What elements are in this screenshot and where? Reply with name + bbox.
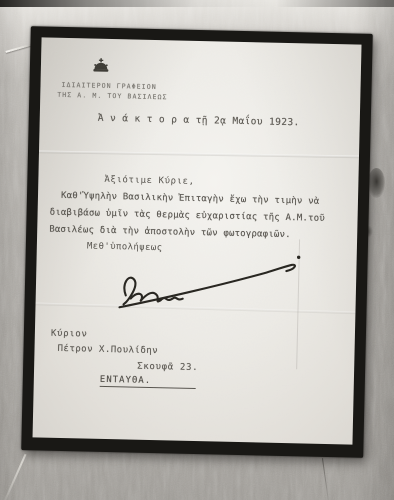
paper-crease: [39, 151, 359, 159]
recipient-name: Πέτρον Χ.Πουλίδην: [57, 344, 158, 356]
handwritten-signature: [115, 247, 311, 315]
recipient-street: Σκουφᾶ 23.: [137, 362, 198, 373]
dateline: Ἀ ν ά κ τ ο ρ α τῇ 2ᾳ Μαΐου 1923.: [98, 113, 300, 129]
letterhead-line-2: ΤΗΣ Α. Μ. ΤΟΥ ΒΑΣΙΛΕΩΣ: [57, 91, 167, 102]
recipient-city: ΕΝΤΑΥΘΑ.: [100, 375, 196, 389]
letterhead-line-1: ΙΔΙΑΙΤΕΡΟΝ ΓΡΑΦΕΙΟΝ: [61, 81, 156, 91]
body-line: Βασιλέως διὰ τὴν ἀποστολὴν τῶν φωτογραφι…: [49, 225, 291, 240]
royal-crown-icon: [91, 58, 111, 75]
recipient-title: Κύριον: [51, 329, 88, 340]
wall-top-shadow: [0, 0, 394, 7]
body-line: Καθ'Ὑψηλὴν Βασιλικὴν Ἐπιταγὴν ἔχω τὴν τι…: [61, 191, 320, 207]
body-line: διαβιβάσω ὑμῖν τὰς θερμὰς εὐχαριστίας τῆ…: [50, 208, 325, 224]
salutation: Ἀξιότιμε Κύριε,: [104, 175, 194, 187]
letter-paper: ΙΔΙΑΙΤΕΡΟΝ ΓΡΑΦΕΙΟΝ ΤΗΣ Α. Μ. ΤΟΥ ΒΑΣΙΛΕ…: [33, 37, 362, 444]
photo-frame: ΙΔΙΑΙΤΕΡΟΝ ΓΡΑΦΕΙΟΝ ΤΗΣ Α. Μ. ΤΟΥ ΒΑΣΙΛΕ…: [21, 26, 373, 458]
wall-stain: [368, 168, 385, 198]
